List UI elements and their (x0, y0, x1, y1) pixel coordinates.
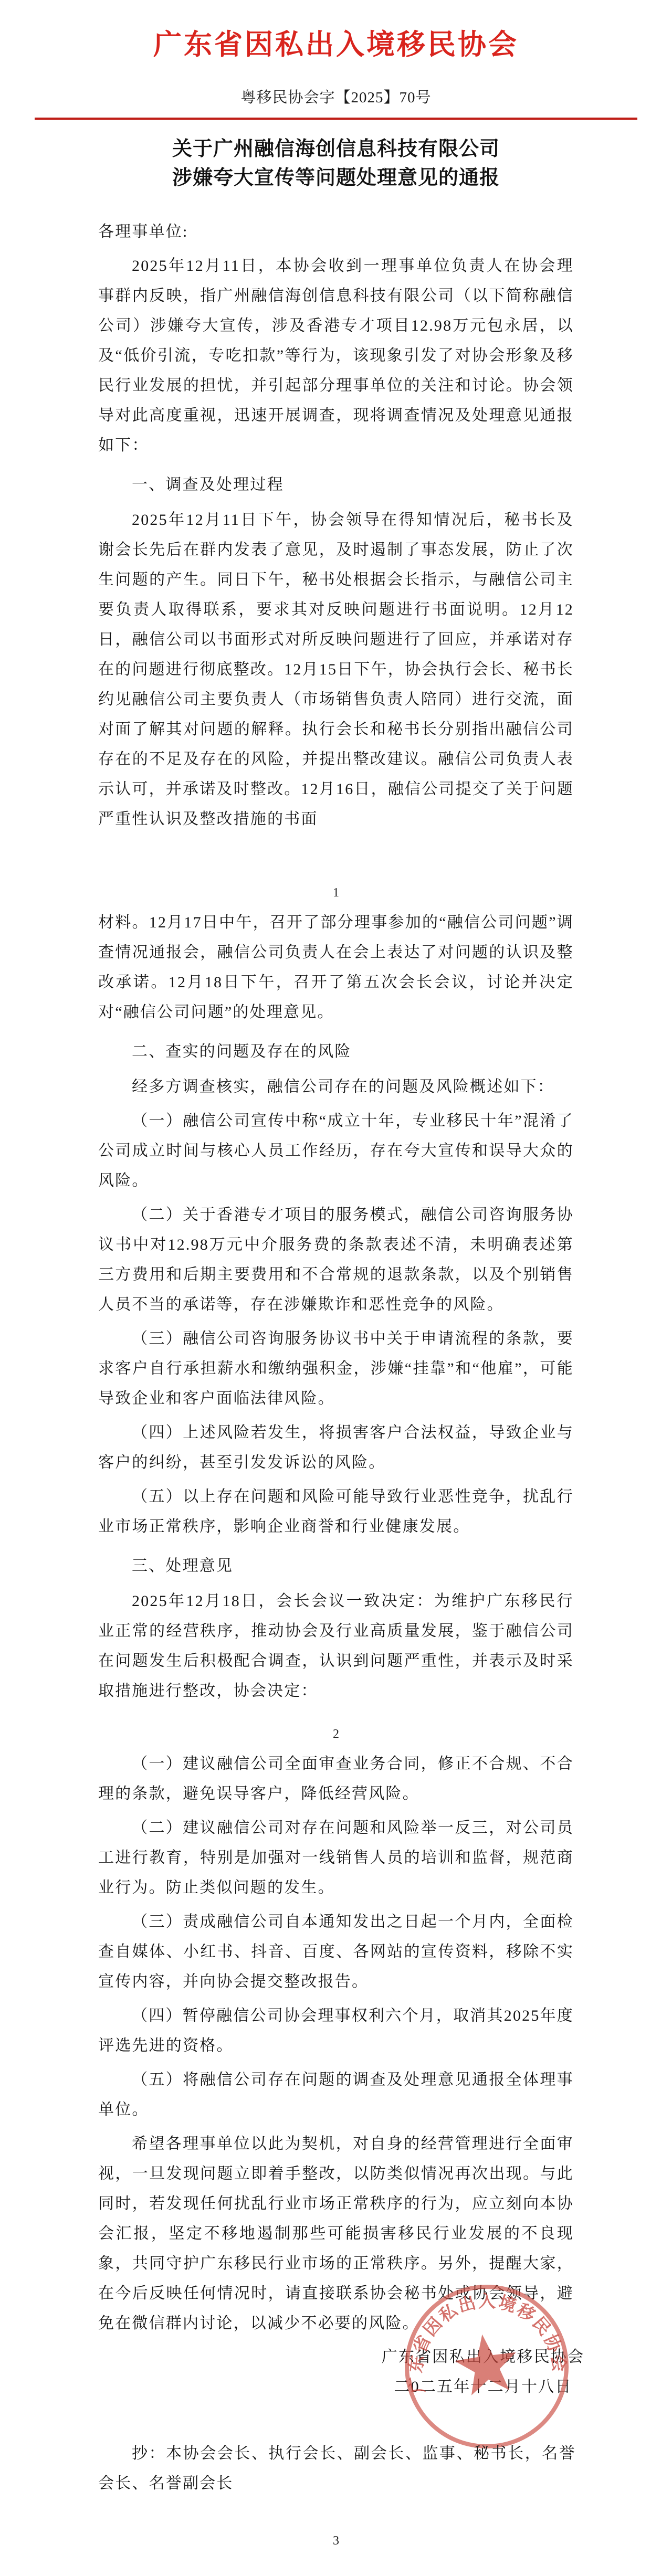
copy-note: 抄：本协会会长、执行会长、副会长、监事、秘书长，名誉会长、名誉副会长 (98, 2438, 576, 2498)
section-3-decision-4: （四）暂停融信公司协会理事权利六个月，取消其2025年度评选先进的资格。 (98, 2001, 574, 2061)
section-3-decision-5: （五）将融信公司存在问题的调查及处理意见通报全体理事单位。 (98, 2065, 574, 2125)
section-3-decision-3: （三）责成融信公司自本通知发出之日起一个月内，全面检查自媒体、小红书、抖音、百度… (98, 1907, 574, 1997)
section-3-intro: 2025年12月18日，会长会议一致决定：为维护广东移民行业正常的经营秩序，推动… (98, 1586, 574, 1706)
section-2-item-1: （一）融信公司宣传中称“成立十年，专业移民十年”混淆了公司成立时间与核心人员工作… (98, 1106, 574, 1196)
page-number-2: 2 (98, 1724, 574, 1745)
document-title-line2: 涉嫌夸大宣传等问题处理意见的通报 (0, 164, 672, 193)
section-2-heading: 二、查实的问题及存在的风险 (98, 1037, 574, 1067)
salutation: 各理事单位: (98, 217, 574, 247)
section-2-item-3: （三）融信公司咨询服务协议书中关于申请流程的条款，要求客户自行承担薪水和缴纳强积… (98, 1324, 574, 1413)
document-body: 各理事单位: 2025年12月11日，本协会收到一理事单位负责人在协会理事群内反… (98, 217, 574, 2338)
section-2-item-5: （五）以上存在问题和风险可能导致行业恶性竞争，扰乱行业市场正常秩序，影响企业商誉… (98, 1482, 574, 1542)
document-page: 广东省因私出入境移民协会 粤移民协会字【2025】70号 关于广州融信海创信息科… (0, 0, 672, 2576)
section-1-heading: 一、调查及处理过程 (98, 470, 574, 500)
section-3-decision-2: （二）建议融信公司对存在问题和风险举一反三，对公司员工进行教育，特别是加强对一线… (98, 1813, 574, 1903)
signature-block: 广东省因私出入境移民协会 二0二五年十二月十八日 (325, 2342, 640, 2402)
document-title-line1: 关于广州融信海创信息科技有限公司 (0, 135, 672, 164)
section-3-heading: 三、处理意见 (98, 1551, 574, 1581)
page-number-3: 3 (0, 2534, 672, 2548)
section-3-decision-1: （一）建议融信公司全面审查业务合同，修正不合规、不合理的条款，避免误导客户，降低… (98, 1749, 574, 1809)
signature-date: 二0二五年十二月十八日 (325, 2372, 640, 2402)
section-1-paragraph-a: 2025年12月11日下午，协会领导在得知情况后，秘书长及谢会长先后在群内发表了… (98, 505, 574, 834)
section-1-paragraph-b: 材料。12月17日中午，召开了部分理事参加的“融信公司问题”调查情况通报会，融信… (98, 907, 574, 1027)
header-divider-line (35, 118, 637, 120)
opening-paragraph: 2025年12月11日，本协会收到一理事单位负责人在协会理事群内反映，指广州融信… (98, 251, 574, 460)
doc-number: 粤移民协会字【2025】70号 (0, 86, 672, 107)
closing-paragraph: 希望各理事单位以此为契机，对自身的经营管理进行全面审视，一旦发现问题立即着手整改… (98, 2129, 574, 2338)
document-title: 关于广州融信海创信息科技有限公司 涉嫌夸大宣传等问题处理意见的通报 (0, 135, 672, 193)
org-title: 广东省因私出入境移民协会 (0, 22, 672, 62)
section-2-item-2: （二）关于香港专才项目的服务模式，融信公司咨询服务协议书中对12.98万元中介服… (98, 1200, 574, 1319)
section-2-item-4: （四）上述风险若发生，将损害客户合法权益，导致企业与客户的纠纷，甚至引发发诉讼的… (98, 1418, 574, 1477)
section-2-intro: 经多方调查核实，融信公司存在的问题及风险概述如下： (98, 1072, 574, 1102)
signature-org: 广东省因私出入境移民协会 (325, 2342, 640, 2372)
page-number-1: 1 (98, 882, 574, 903)
